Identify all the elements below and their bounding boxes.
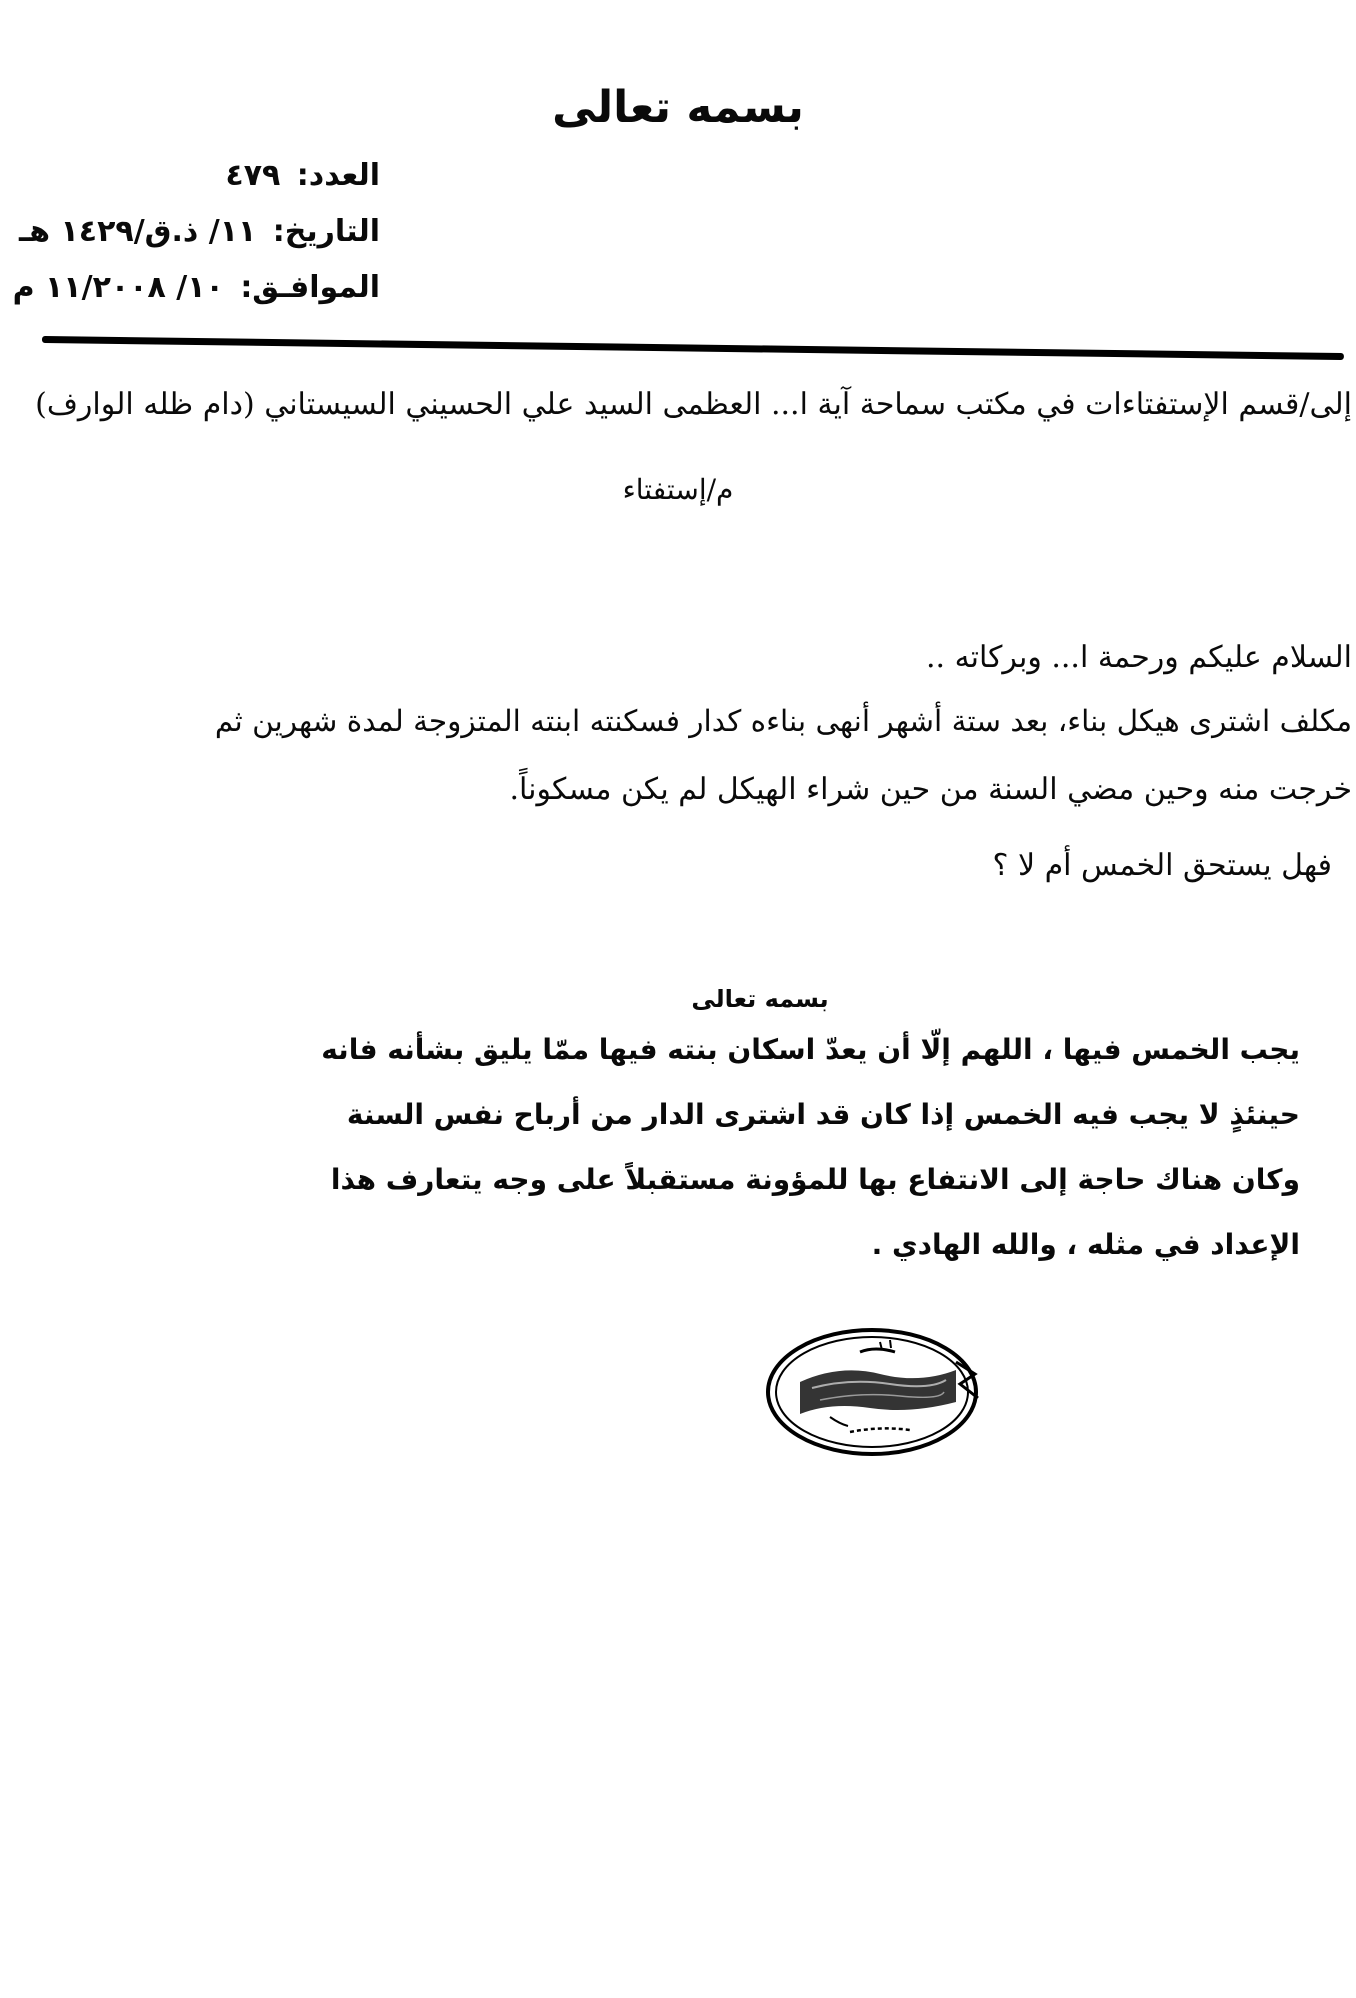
- reference-number-value: ٤٧٩: [225, 158, 280, 193]
- question-line-1: مكلف اشترى هيكل بناء، بعد ستة أشهر أنهى …: [215, 704, 1352, 738]
- reference-number-label: العدد:: [297, 158, 380, 193]
- answer-line-4: الإعداد في مثله ، والله الهادي .: [872, 1228, 1300, 1261]
- subject-line: م/إستفتاء: [0, 473, 1356, 506]
- greeting-line: السلام عليكم ورحمة ا... وبركاته ..: [926, 640, 1352, 675]
- document-page: بسمه تعالى العدد: ٤٧٩ التاريخ: ١١/ ذ.ق/١…: [0, 0, 1356, 1998]
- reference-block: العدد: ٤٧٩ التاريخ: ١١/ ذ.ق/١٤٢٩ هـ المو…: [10, 148, 380, 316]
- official-seal-icon: [760, 1322, 998, 1458]
- answer-line-1: يجب الخمس فيها ، اللهم إلّا أن يعدّ اسكا…: [321, 1033, 1300, 1066]
- hijri-date-label: التاريخ:: [273, 214, 380, 249]
- hijri-date-value: ١١/ ذ.ق/١٤٢٩ هـ: [19, 214, 256, 249]
- question-line-3: فهل يستحق الخمس أم لا ؟: [993, 848, 1333, 883]
- hijri-date: التاريخ: ١١/ ذ.ق/١٤٢٩ هـ: [10, 204, 380, 260]
- answer-line-3: وكان هناك حاجة إلى الانتفاع بها للمؤونة …: [331, 1163, 1300, 1196]
- gregorian-date-value: ١٠/ ١١/٢٠٠٨ م: [13, 270, 224, 305]
- answer-heading: بسمه تعالى: [380, 985, 1140, 1013]
- page-heading: بسمه تعالى: [0, 82, 1356, 135]
- question-line-2: خرجت منه وحين مضي السنة من حين شراء الهي…: [510, 772, 1353, 807]
- gregorian-date-label: الموافـق:: [240, 270, 380, 305]
- header-divider: [42, 336, 1344, 360]
- answer-line-2: حينئذٍ لا يجب فيه الخمس إذا كان قد اشترى…: [347, 1098, 1300, 1131]
- reference-number: العدد: ٤٧٩: [10, 148, 380, 204]
- gregorian-date: الموافـق: ١٠/ ١١/٢٠٠٨ م: [10, 260, 380, 316]
- addressee-line: إلى/قسم الإستفتاءات في مكتب سماحة آية ا.…: [22, 385, 1352, 424]
